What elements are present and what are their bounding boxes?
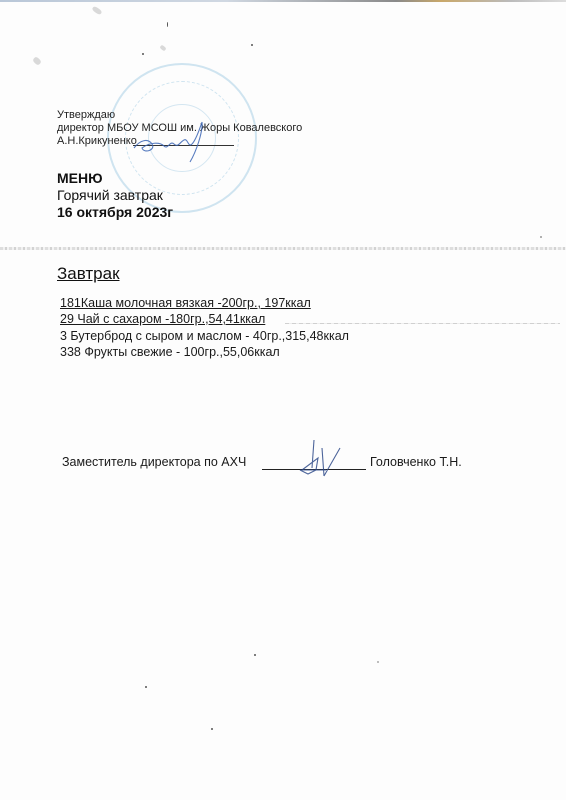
menu-item: 338 Фрукты свежие - 100гр.,55,06ккал [60,345,280,359]
scan-speck [167,22,168,27]
menu-date: 16 октября 2023г [57,204,173,220]
scan-speck [540,236,542,238]
scan-divider-streak [0,247,566,250]
menu-subtitle: Горячий завтрак [57,187,163,203]
menu-item: 181Каша молочная вязкая -200гр., 197ккал [60,296,311,310]
deputy-name: Головченко Т.Н. [370,455,462,469]
scan-smudge [91,6,102,16]
scan-speck [251,44,253,46]
scan-speck [211,728,213,730]
scan-speck [145,686,147,688]
menu-item: 29 Чай с сахаром -180гр.,54,41ккал [60,312,265,326]
menu-title: МЕНЮ [57,170,103,186]
scan-top-edge [0,0,566,2]
approval-director-name: А.Н.Крикуненко [57,135,137,148]
scan-smudge [32,56,42,66]
section-title-breakfast: Завтрак [57,264,120,284]
scan-smudge [159,45,166,52]
scan-streak [285,323,560,324]
scan-speck [377,661,379,663]
director-signature-icon [130,118,220,168]
deputy-position: Заместитель директора по АХЧ [62,455,246,469]
approval-heading: Утверждаю [57,109,115,122]
scan-speck [142,53,144,55]
scan-speck [254,654,256,656]
menu-item: 3 Бутерброд с сыром и маслом - 40гр.,315… [60,329,349,343]
deputy-signature-icon [296,438,356,483]
